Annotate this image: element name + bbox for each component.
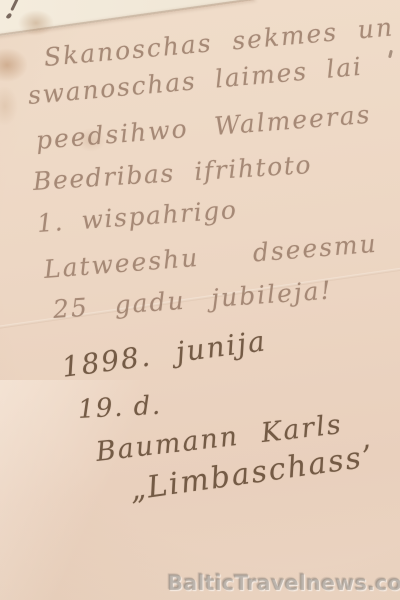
stray-ink-mark [6,12,13,19]
stain [18,10,54,36]
watermark: BalticTravelnews.com [167,571,400,595]
stray-ink-mark [10,0,18,11]
photograph-of-handwritten-letter: Skanoschas sekmes un swanoschas laimes l… [0,0,400,600]
date-line-day: 19. d. [77,391,162,425]
